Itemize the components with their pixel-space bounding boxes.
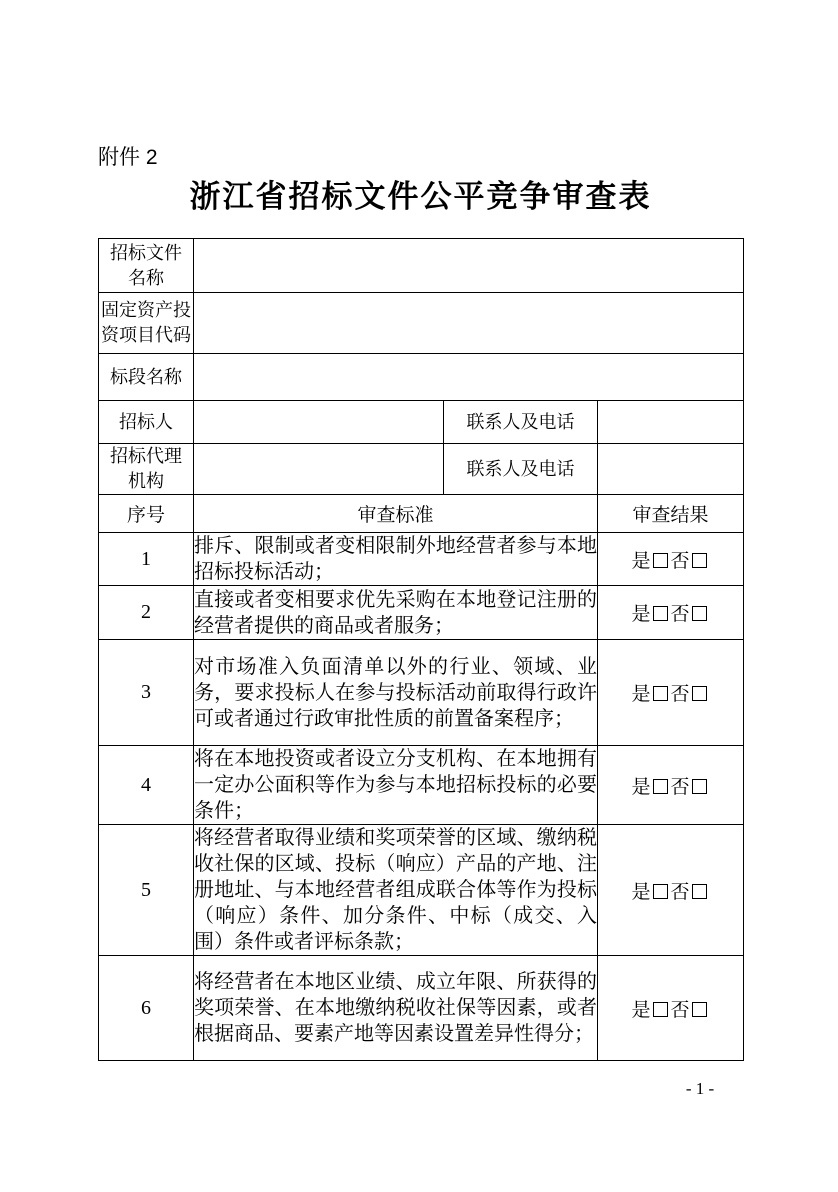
no-label: 否 (671, 551, 690, 572)
review-form-table: 招标文件 名称 固定资产投 资项目代码 标段名称 招标人 联系人及电话 招标代理… (98, 238, 744, 1061)
yes-checkbox[interactable] (653, 1002, 668, 1017)
yes-checkbox[interactable] (653, 553, 668, 568)
criteria-text: 将经营者在本地区业绩、成立年限、所获得的奖项荣誉、在本地缴纳税收社保等因素，或者… (194, 956, 598, 1061)
field-label: 招标人 (99, 401, 194, 444)
yes-checkbox[interactable] (653, 779, 668, 794)
result-cell: 是否 (598, 956, 744, 1061)
criteria-text: 直接或者变相要求优先采购在本地登记注册的经营者提供的商品或者服务； (194, 586, 598, 640)
criteria-number: 6 (99, 956, 194, 1061)
attachment-label: 附件 2 (98, 145, 743, 171)
field-label: 固定资产投 资项目代码 (99, 293, 194, 354)
criteria-number: 3 (99, 640, 194, 746)
criteria-number: 4 (99, 746, 194, 825)
no-checkbox[interactable] (692, 884, 707, 899)
no-label: 否 (671, 604, 690, 625)
yes-label: 是 (631, 882, 650, 903)
no-checkbox[interactable] (692, 779, 707, 794)
criteria-row: 5 将经营者取得业绩和奖项荣誉的区域、缴纳税收社保的区域、投标（响应）产品的产地… (99, 825, 744, 956)
criteria-row: 1 排斥、限制或者变相限制外地经营者参与本地招标投标活动； 是否 (99, 533, 744, 586)
result-cell: 是否 (598, 746, 744, 825)
field-label: 招标代理 机构 (99, 444, 194, 495)
page-number: - 1 - (655, 1078, 745, 1100)
document-content: 附件 2 浙江省招标文件公平竞争审查表 招标文件 名称 固定资产投 资项目代码 … (98, 145, 743, 1061)
criteria-number: 2 (99, 586, 194, 640)
info-row: 固定资产投 资项目代码 (99, 293, 744, 354)
field-value-cell[interactable] (194, 354, 744, 401)
criteria-number: 5 (99, 825, 194, 956)
criteria-text: 对市场准入负面清单以外的行业、领域、业务，要求投标人在参与投标活动前取得行政许可… (194, 640, 598, 746)
contact-label: 联系人及电话 (444, 401, 598, 444)
no-label: 否 (671, 684, 690, 705)
contact-value-cell[interactable] (598, 444, 744, 495)
no-label: 否 (671, 882, 690, 903)
no-label: 否 (671, 1000, 690, 1021)
result-cell: 是否 (598, 640, 744, 746)
criteria-text: 将在本地投资或者设立分支机构、在本地拥有一定办公面积等作为参与本地招标投标的必要… (194, 746, 598, 825)
contact-row: 招标代理 机构 联系人及电话 (99, 444, 744, 495)
info-row: 招标文件 名称 (99, 239, 744, 293)
field-value-cell[interactable] (194, 239, 744, 293)
yes-label: 是 (631, 551, 650, 572)
criteria-header-row: 序号 审查标准 审查结果 (99, 495, 744, 533)
no-checkbox[interactable] (692, 606, 707, 621)
criteria-row: 4 将在本地投资或者设立分支机构、在本地拥有一定办公面积等作为参与本地招标投标的… (99, 746, 744, 825)
contact-label: 联系人及电话 (444, 444, 598, 495)
field-value-cell[interactable] (194, 293, 744, 354)
criteria-text: 将经营者取得业绩和奖项荣誉的区域、缴纳税收社保的区域、投标（响应）产品的产地、注… (194, 825, 598, 956)
yes-label: 是 (631, 777, 650, 798)
field-label: 标段名称 (99, 354, 194, 401)
no-checkbox[interactable] (692, 553, 707, 568)
yes-label: 是 (631, 604, 650, 625)
field-value-cell[interactable] (194, 444, 444, 495)
criteria-row: 3 对市场准入负面清单以外的行业、领域、业务，要求投标人在参与投标活动前取得行政… (99, 640, 744, 746)
column-header-result: 审查结果 (598, 495, 744, 533)
no-checkbox[interactable] (692, 1002, 707, 1017)
yes-label: 是 (631, 684, 650, 705)
result-cell: 是否 (598, 586, 744, 640)
page-title: 浙江省招标文件公平竞争审查表 (98, 176, 743, 218)
criteria-row: 2 直接或者变相要求优先采购在本地登记注册的经营者提供的商品或者服务； 是否 (99, 586, 744, 640)
field-label: 招标文件 名称 (99, 239, 194, 293)
criteria-text: 排斥、限制或者变相限制外地经营者参与本地招标投标活动； (194, 533, 598, 586)
result-cell: 是否 (598, 825, 744, 956)
yes-label: 是 (631, 1000, 650, 1021)
yes-checkbox[interactable] (653, 686, 668, 701)
criteria-row: 6 将经营者在本地区业绩、成立年限、所获得的奖项荣誉、在本地缴纳税收社保等因素，… (99, 956, 744, 1061)
field-value-cell[interactable] (194, 401, 444, 444)
yes-checkbox[interactable] (653, 606, 668, 621)
result-cell: 是否 (598, 533, 744, 586)
contact-row: 招标人 联系人及电话 (99, 401, 744, 444)
info-row: 标段名称 (99, 354, 744, 401)
criteria-number: 1 (99, 533, 194, 586)
contact-value-cell[interactable] (598, 401, 744, 444)
review-form-tbody: 招标文件 名称 固定资产投 资项目代码 标段名称 招标人 联系人及电话 招标代理… (99, 239, 744, 1061)
column-header-criteria: 审查标准 (194, 495, 598, 533)
no-label: 否 (671, 777, 690, 798)
no-checkbox[interactable] (692, 686, 707, 701)
column-header-no: 序号 (99, 495, 194, 533)
yes-checkbox[interactable] (653, 884, 668, 899)
